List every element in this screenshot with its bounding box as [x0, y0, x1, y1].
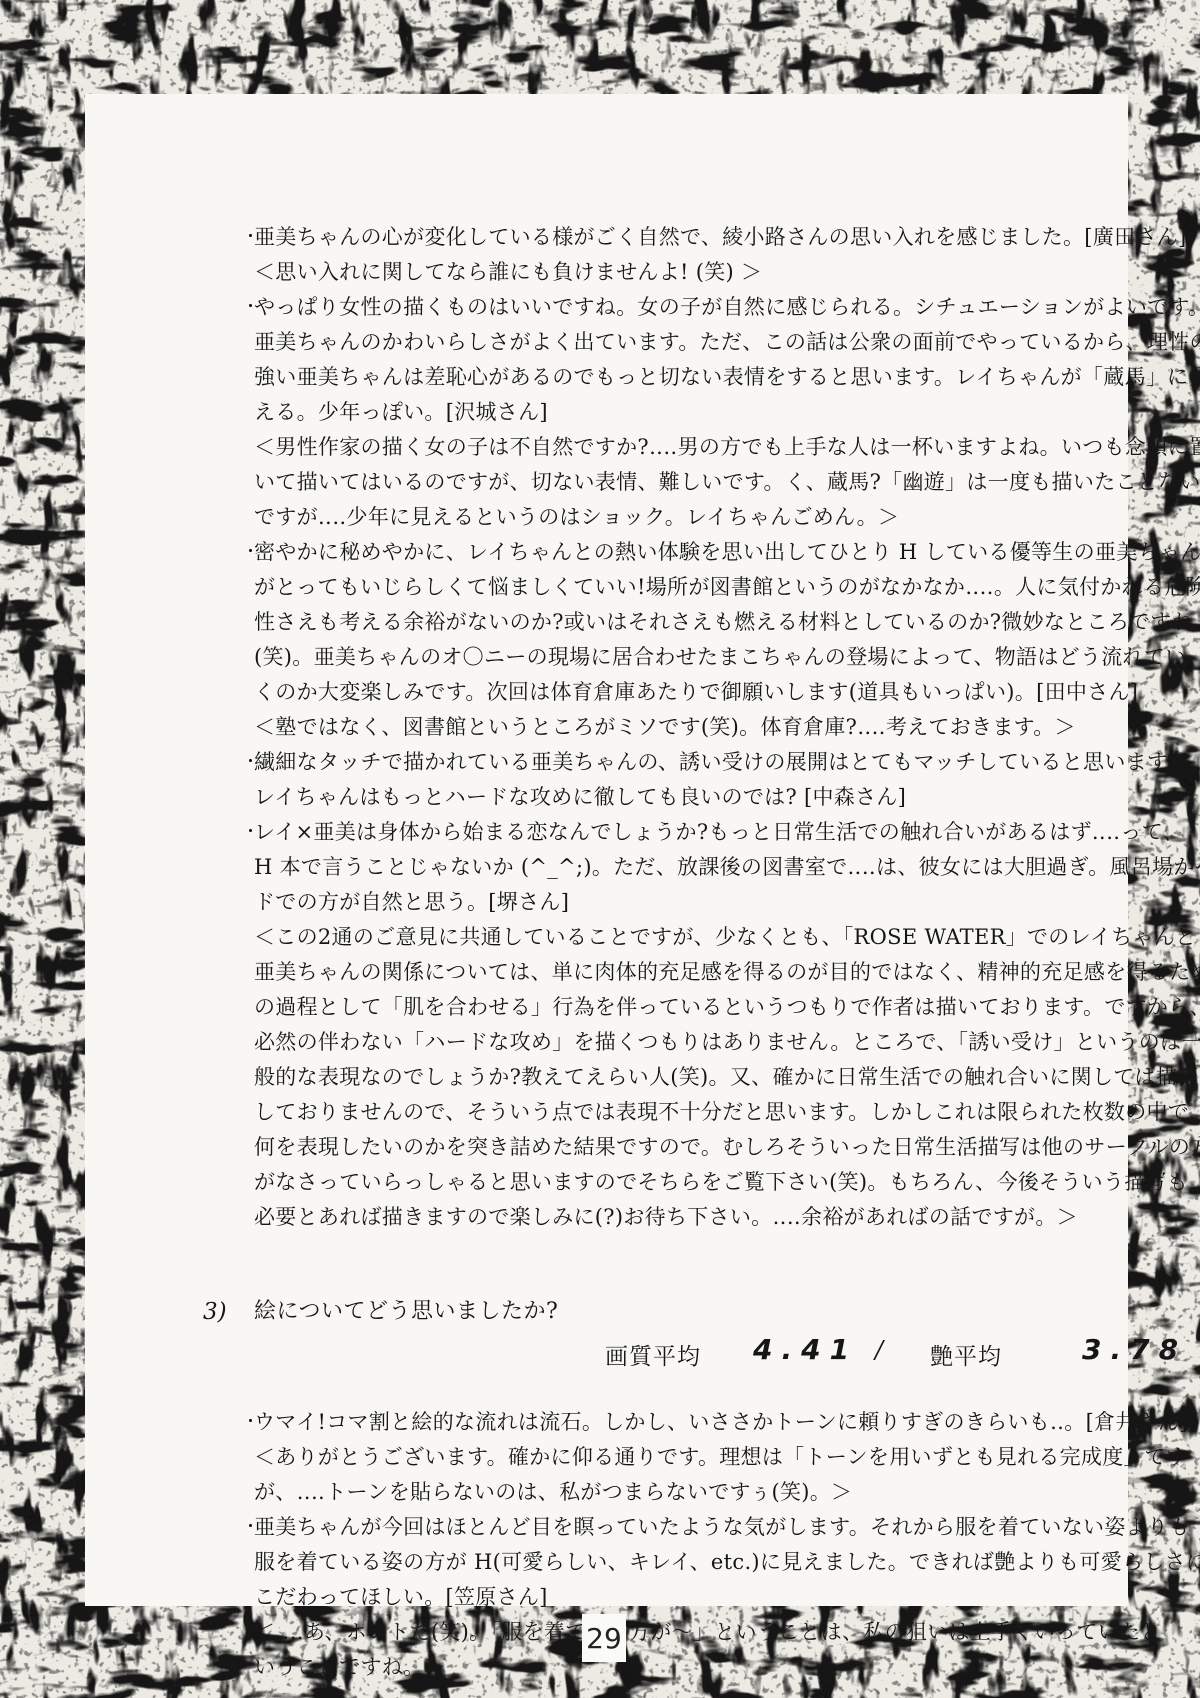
bullet-icon: ・: [242, 1510, 259, 1545]
section3-feedback-list: ・ ウマイ!コマ割と絵的な流れは流石。しかし、いささかトーンに頼りすぎのきらいも…: [254, 1405, 1170, 1685]
feedback-paragraph: ・ 繊細なタッチで描かれている亜美ちゃんの、誘い受けの展開はとてもマッチしている…: [254, 745, 1170, 815]
feedback-paragraph: ＜男性作家の描く女の子は不自然ですか?‥‥男の方でも上手な人は一杯いますよね。い…: [254, 430, 1170, 535]
feedback-paragraph: ＜塾ではなく、図書館というところがミソです(笑)。体育倉庫?‥‥考えておきます。…: [254, 710, 1170, 745]
section3-heading: 3) 絵についてどう思いましたか?: [254, 1292, 1170, 1332]
paragraph-lines: ウマイ!コマ割と絵的な流れは流石。しかし、いささかトーンに頼りすぎのきらいも‥。…: [254, 1405, 1170, 1440]
text-line: 般的な表現なのでしょうか?教えてえらい人(笑)。又、確かに日常生活での触れ合いに…: [254, 1060, 1170, 1095]
feedback-paragraph: ・ レイ×亜美は身体から始まる恋なんでしょうか?もっと日常生活での触れ合いがある…: [254, 815, 1170, 920]
quality-average-label: 画質平均: [605, 1338, 701, 1371]
text-line: ウマイ!コマ割と絵的な流れは流石。しかし、いささかトーンに頼りすぎのきらいも‥。…: [254, 1405, 1170, 1440]
text-line: ＜男性作家の描く女の子は不自然ですか?‥‥男の方でも上手な人は一杯いますよね。い…: [254, 430, 1170, 465]
text-line: くのか大変楽しみです。次回は体育倉庫あたりで御願いします(道具もいっぱい)。[田…: [254, 675, 1170, 710]
averages-row: 画質平均 4.41 / 艶平均 3.78: [254, 1332, 1170, 1370]
page-content: ・ 亜美ちゃんの心が変化している様がごく自然で、綾小路さんの思い入れを感じました…: [254, 220, 1170, 1685]
feedback-paragraph: ・ 密やかに秘めやかに、レイちゃんとの熱い体験を思い出してひとり H している優…: [254, 535, 1170, 710]
section3-label: 3): [203, 1292, 227, 1332]
text-line: 亜美ちゃんの関係については、単に肉体的充足感を得るのが目的ではなく、精神的充足感…: [254, 955, 1170, 990]
text-line: レイちゃんはもっとハードな攻めに徹しても良いのでは? [中森さん]: [254, 780, 1170, 815]
text-line: の過程として「肌を合わせる」行為を伴っているというつもりで作者は描いております。…: [254, 990, 1170, 1025]
text-line: 服を着ている姿の方が H(可愛らしい、キレイ、etc.)に見えました。できれば艶…: [254, 1545, 1170, 1580]
page-paper: ・ 亜美ちゃんの心が変化している様がごく自然で、綾小路さんの思い入れを感じました…: [85, 94, 1128, 1606]
paragraph-lines: レイ×亜美は身体から始まる恋なんでしょうか?もっと日常生活での触れ合いがあるはず…: [254, 815, 1170, 920]
paragraph-lines: 亜美ちゃんが今回はほとんど目を瞑っていたような気がします。それから服を着ていない…: [254, 1510, 1170, 1615]
text-line: ドでの方が自然と思う。[堺さん]: [254, 885, 1170, 920]
text-line: ＜‥‥あ、ホントだ(笑)。「服を着ている方が〜」ということは、私の狙いは上手くい…: [254, 1615, 1170, 1650]
text-line: レイ×亜美は身体から始まる恋なんでしょうか?もっと日常生活での触れ合いがあるはず…: [254, 815, 1170, 850]
text-line: しておりませんので、そういう点では表現不十分だと思います。しかしこれは限られた枚…: [254, 1095, 1170, 1130]
text-line: (笑)。亜美ちゃんのオ〇ニーの現場に居合わせたまこちゃんの登場によって、物語はど…: [254, 640, 1170, 675]
text-line: 亜美ちゃんが今回はほとんど目を瞑っていたような気がします。それから服を着ていない…: [254, 1510, 1170, 1545]
text-line: 何を表現したいのかを突き詰めた結果ですので。むしろそういった日常生活描写は他のサ…: [254, 1130, 1170, 1165]
text-line: やっぱり女性の描くものはいいですね。女の子が自然に感じられる。シチュエーションが…: [254, 290, 1170, 325]
text-line: ＜塾ではなく、図書館というところがミソです(笑)。体育倉庫?‥‥考えておきます。…: [254, 710, 1170, 745]
paragraph-lines: ＜塾ではなく、図書館というところがミソです(笑)。体育倉庫?‥‥考えておきます。…: [254, 710, 1170, 745]
paragraph-lines: ＜この2通のご意見に共通していることですが、少なくとも、「ROSE WATER」…: [254, 920, 1170, 1235]
paragraph-lines: 繊細なタッチで描かれている亜美ちゃんの、誘い受けの展開はとてもマッチしていると思…: [254, 745, 1170, 815]
quality-average-value: 4.41: [753, 1333, 858, 1366]
text-line: が、‥‥トーンを貼らないのは、私がつまらないですぅ(笑)。＞: [254, 1475, 1170, 1510]
text-line: 密やかに秘めやかに、レイちゃんとの熱い体験を思い出してひとり H している優等生…: [254, 535, 1170, 570]
text-line: 性さえも考える余裕がないのか?或いはそれさえも燃える材料としているのか?微妙なと…: [254, 605, 1170, 640]
paragraph-lines: 亜美ちゃんの心が変化している様がごく自然で、綾小路さんの思い入れを感じました。[…: [254, 220, 1170, 255]
text-line: いて描いてはいるのですが、切ない表情、難しいです。く、蔵馬?「幽遊」は一度も描い…: [254, 465, 1170, 500]
bullet-icon: ・: [242, 535, 259, 570]
bullet-icon: ・: [242, 290, 259, 325]
bullet-icon: ・: [242, 1405, 259, 1440]
text-line: こだわってほしい。[笠原さん]: [254, 1580, 1170, 1615]
bullet-icon: ・: [242, 220, 259, 255]
paragraph-lines: ＜ありがとうございます。確かに仰る通りです。理想は「トーンを用いずとも見れる完成…: [254, 1440, 1170, 1510]
feedback-paragraph: ・ やっぱり女性の描くものはいいですね。女の子が自然に感じられる。シチュエーショ…: [254, 290, 1170, 430]
average-separator: /: [875, 1336, 883, 1364]
feedback-paragraph: ・ ウマイ!コマ割と絵的な流れは流石。しかし、いささかトーンに頼りすぎのきらいも…: [254, 1405, 1170, 1440]
text-line: ＜ありがとうございます。確かに仰る通りです。理想は「トーンを用いずとも見れる完成…: [254, 1440, 1170, 1475]
text-line: いうことですね。＞: [254, 1650, 1170, 1685]
paragraph-lines: ＜思い入れに関してなら誰にも負けませんよ! (笑) ＞: [254, 255, 1170, 290]
paragraph-lines: 密やかに秘めやかに、レイちゃんとの熱い体験を思い出してひとり H している優等生…: [254, 535, 1170, 710]
paragraph-lines: ＜‥‥あ、ホントだ(笑)。「服を着ている方が〜」ということは、私の狙いは上手くい…: [254, 1615, 1170, 1685]
text-line: 亜美ちゃんのかわいらしさがよく出ています。ただ、この話は公衆の面前でやっているか…: [254, 325, 1170, 360]
text-line: ＜この2通のご意見に共通していることですが、少なくとも、「ROSE WATER」…: [254, 920, 1170, 955]
scanned-page: ・ 亜美ちゃんの心が変化している様がごく自然で、綾小路さんの思い入れを感じました…: [0, 0, 1200, 1698]
feedback-paragraph: ＜思い入れに関してなら誰にも負けませんよ! (笑) ＞: [254, 255, 1170, 290]
text-line: H 本で言うことじゃないか (^_^;)。ただ、放課後の図書室で‥‥は、彼女には…: [254, 850, 1170, 885]
feedback-paragraph: ・ 亜美ちゃんの心が変化している様がごく自然で、綾小路さんの思い入れを感じました…: [254, 220, 1170, 255]
feedback-paragraph: ＜この2通のご意見に共通していることですが、少なくとも、「ROSE WATER」…: [254, 920, 1170, 1235]
text-line: 繊細なタッチで描かれている亜美ちゃんの、誘い受けの展開はとてもマッチしていると思…: [254, 745, 1170, 780]
text-line: 必然の伴わない「ハードな攻め」を描くつもりはありません。ところで、「誘い受け」と…: [254, 1025, 1170, 1060]
gloss-average-value: 3.78: [1082, 1333, 1187, 1366]
feedback-list: ・ 亜美ちゃんの心が変化している様がごく自然で、綾小路さんの思い入れを感じました…: [254, 220, 1170, 1235]
page-number: 29: [586, 1622, 622, 1655]
gloss-average-label: 艶平均: [930, 1338, 1002, 1371]
feedback-paragraph: ＜ありがとうございます。確かに仰る通りです。理想は「トーンを用いずとも見れる完成…: [254, 1440, 1170, 1510]
feedback-paragraph: ＜‥‥あ、ホントだ(笑)。「服を着ている方が〜」ということは、私の狙いは上手くい…: [254, 1615, 1170, 1685]
text-line: 亜美ちゃんの心が変化している様がごく自然で、綾小路さんの思い入れを感じました。[…: [254, 220, 1170, 255]
paragraph-lines: やっぱり女性の描くものはいいですね。女の子が自然に感じられる。シチュエーションが…: [254, 290, 1170, 430]
text-line: 必要とあれば描きますので楽しみに(?)お待ち下さい。‥‥余裕があればの話ですが。…: [254, 1200, 1170, 1235]
text-line: 強い亜美ちゃんは差恥心があるのでもっと切ない表情をすると思います。レイちゃんが「…: [254, 360, 1170, 395]
text-line: える。少年っぽい。[沢城さん]: [254, 395, 1170, 430]
text-line: ですが‥‥少年に見えるというのはショック。レイちゃんごめん。＞: [254, 500, 1170, 535]
paragraph-lines: ＜男性作家の描く女の子は不自然ですか?‥‥男の方でも上手な人は一杯いますよね。い…: [254, 430, 1170, 535]
page-number-box: 29: [582, 1614, 626, 1662]
text-line: ＜思い入れに関してなら誰にも負けませんよ! (笑) ＞: [254, 255, 1170, 290]
bullet-icon: ・: [242, 745, 259, 780]
section3-question: 絵についてどう思いましたか?: [254, 1299, 558, 1324]
bullet-icon: ・: [242, 815, 259, 850]
feedback-paragraph: ・ 亜美ちゃんが今回はほとんど目を瞑っていたような気がします。それから服を着てい…: [254, 1510, 1170, 1615]
text-line: がなさっていらっしゃると思いますのでそちらをご覧下さい(笑)。もちろん、今後そう…: [254, 1165, 1170, 1200]
text-line: がとってもいじらしくて悩ましくていい!場所が図書館というのがなかなか‥‥。人に気…: [254, 570, 1170, 605]
